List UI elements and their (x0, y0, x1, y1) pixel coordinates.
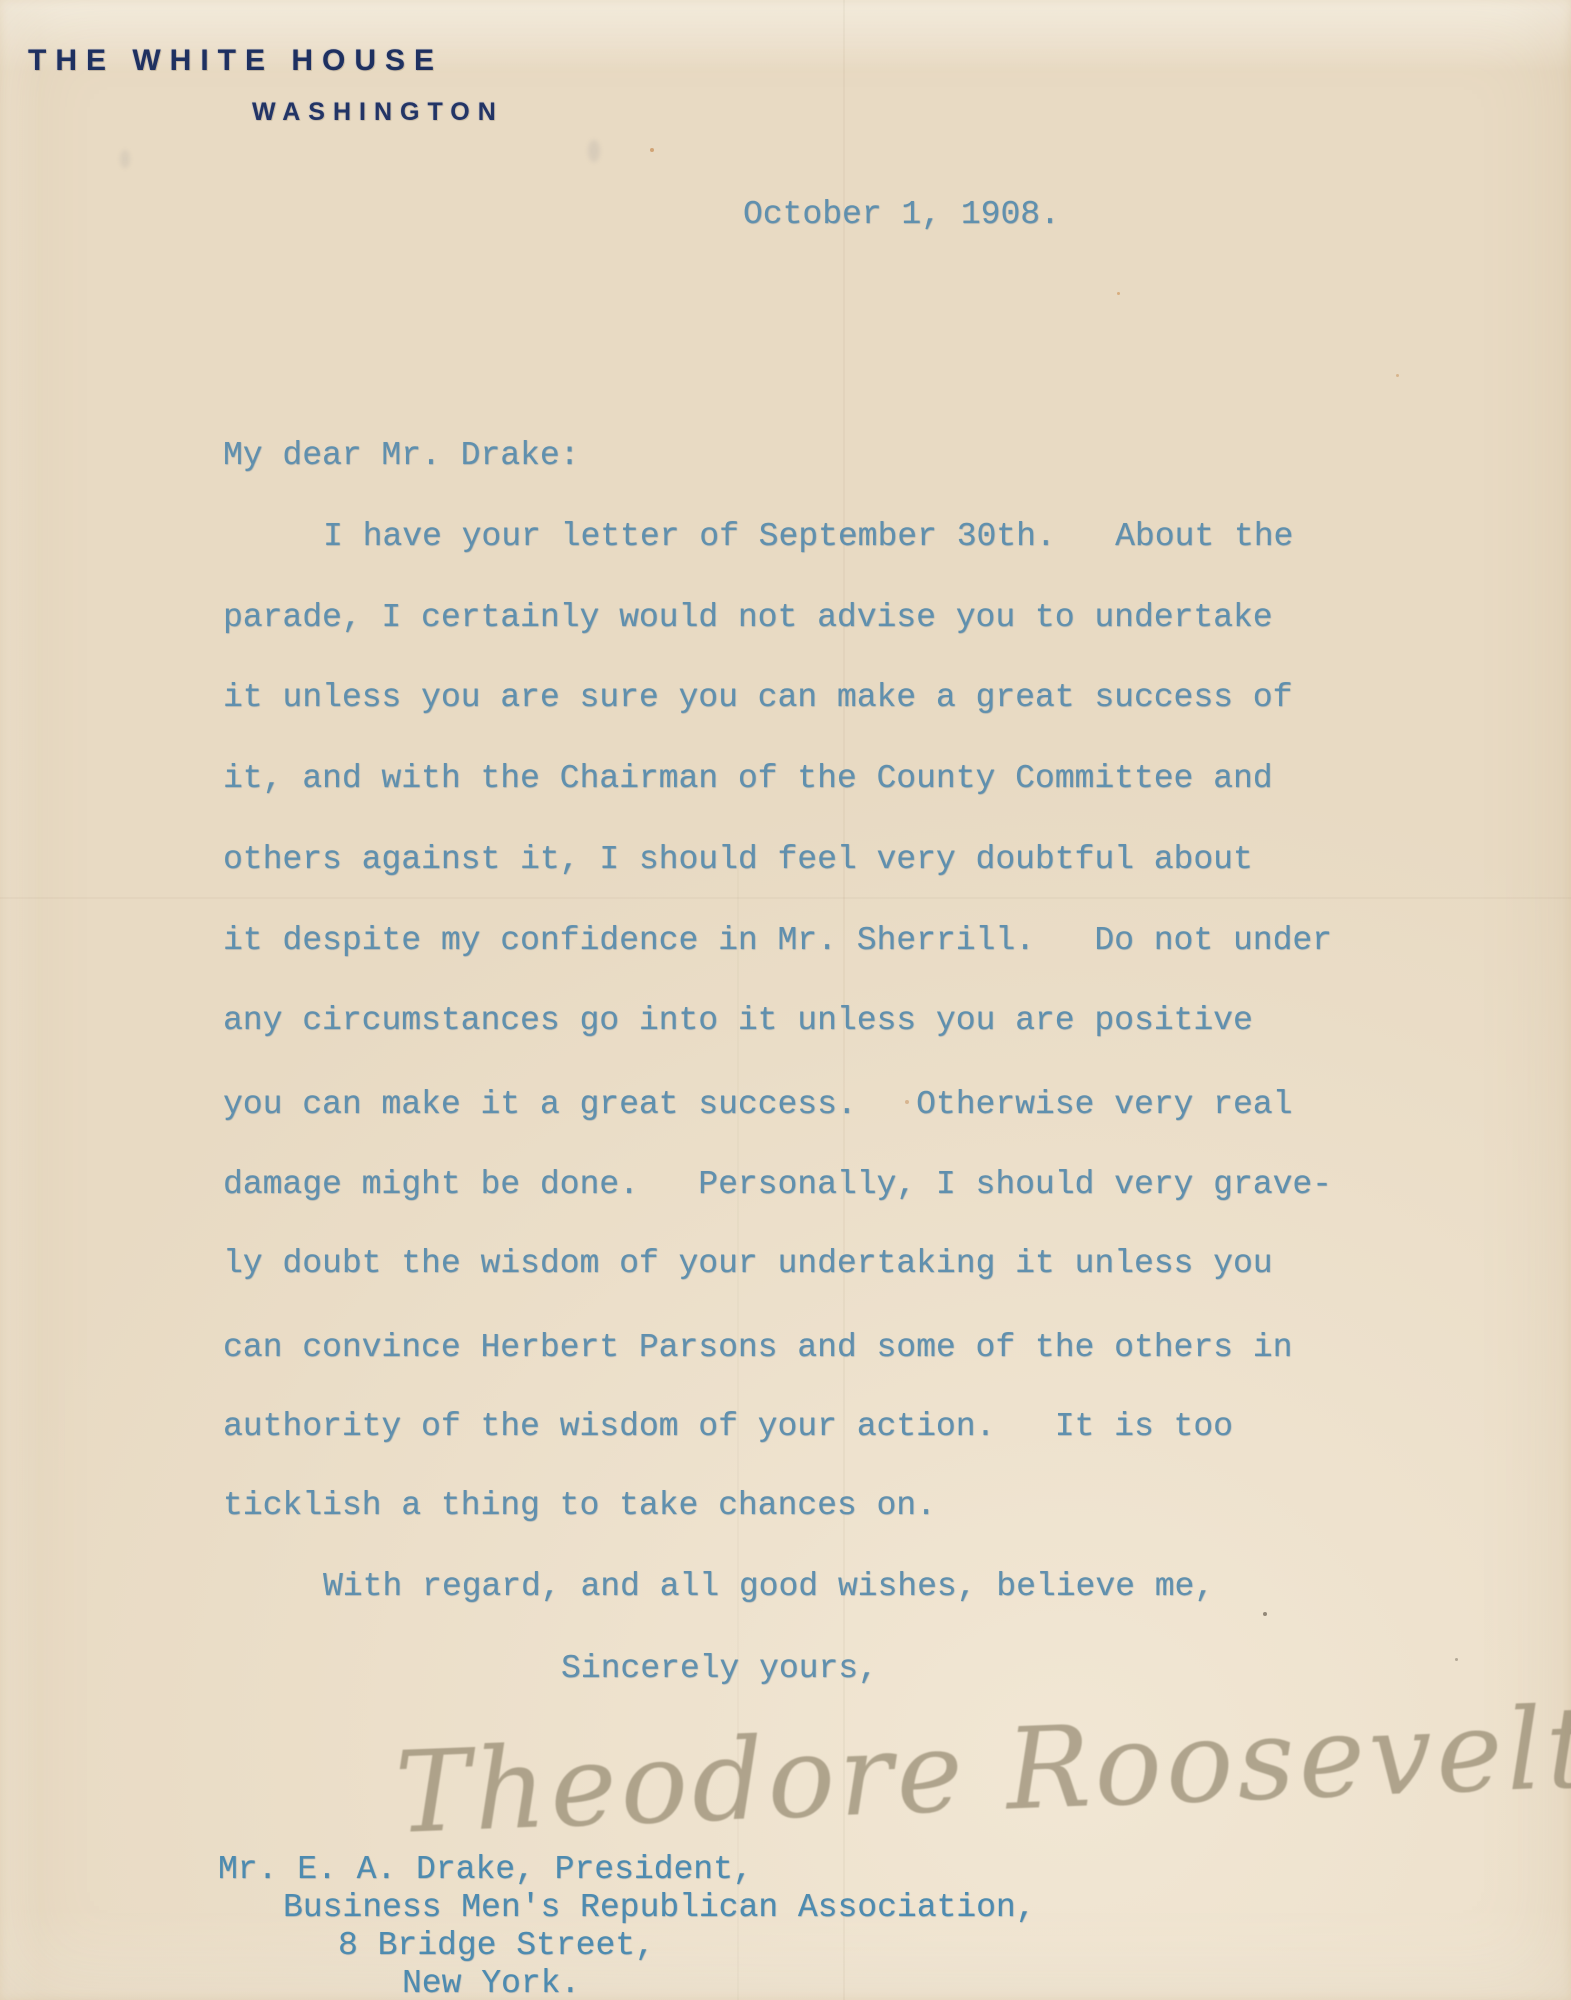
body-line: you can make it a great success. Otherwi… (223, 1085, 1292, 1125)
paper-speck (1263, 1612, 1267, 1616)
body-line: others against it, I should feel very do… (223, 840, 1253, 880)
closing-line: With regard, and all good wishes, believ… (323, 1567, 1214, 1607)
paper-smudge (588, 140, 600, 162)
paper-speck (1117, 292, 1120, 295)
recipient-line: Mr. E. A. Drake, President, (218, 1850, 753, 1890)
body-line: can convince Herbert Parsons and some of… (223, 1328, 1292, 1368)
paper-speck (1455, 1658, 1458, 1661)
body-line: parade, I certainly would not advise you… (223, 598, 1273, 638)
recipient-line: 8 Bridge Street, (338, 1926, 655, 1966)
salutation: My dear Mr. Drake: (223, 436, 579, 476)
paper-smudge (120, 150, 130, 168)
body-line: damage might be done. Personally, I shou… (223, 1165, 1332, 1205)
signature-handwritten: Theodore Roosevelt (393, 1683, 1571, 1859)
recipient-line: New York. (402, 1964, 580, 2000)
paper-speck (650, 148, 654, 152)
letter-page: THE WHITE HOUSE WASHINGTON October 1, 19… (0, 0, 1571, 2000)
body-line: it, and with the Chairman of the County … (223, 759, 1273, 799)
body-line: it unless you are sure you can make a gr… (223, 678, 1292, 718)
valediction: Sincerely yours, (561, 1649, 878, 1689)
body-line: ticklish a thing to take chances on. (223, 1486, 936, 1526)
letterhead-city: WASHINGTON (252, 98, 504, 127)
vertical-fold-crease (843, 0, 845, 2000)
letterhead-title: THE WHITE HOUSE (28, 44, 443, 78)
body-line: I have your letter of September 30th. Ab… (323, 517, 1293, 557)
date-line: October 1, 1908. (743, 195, 1060, 235)
horizontal-fold-crease (0, 897, 1571, 899)
body-line: authority of the wisdom of your action. … (223, 1407, 1233, 1447)
body-line: ly doubt the wisdom of your undertaking … (223, 1244, 1273, 1284)
body-line: any circumstances go into it unless you … (223, 1001, 1253, 1041)
body-line: it despite my confidence in Mr. Sherrill… (223, 921, 1332, 961)
paper-speck (1396, 374, 1399, 377)
recipient-line: Business Men's Republican Association, (283, 1888, 1036, 1928)
